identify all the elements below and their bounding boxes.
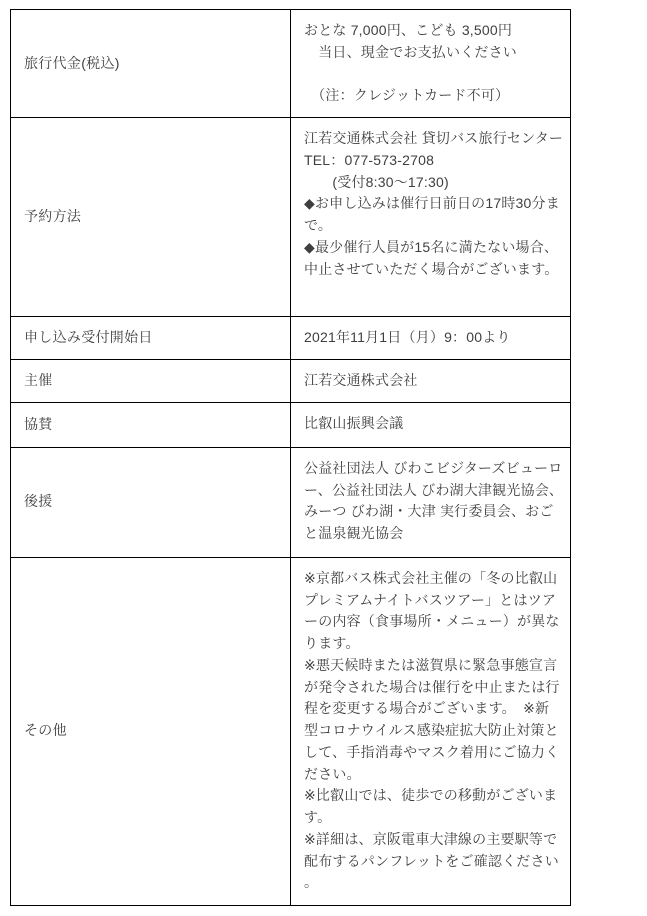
row-value-other: ※京都バス株式会社主催の「冬の比叡山 プレミアムナイトバスツアー」とはツア ーの… <box>291 557 571 905</box>
table-row-other: その他 ※京都バス株式会社主催の「冬の比叡山 プレミアムナイトバスツアー」とはツ… <box>11 557 571 905</box>
row-value-application-start: 2021年11月1日（月）9：00より <box>291 317 571 360</box>
row-value-organizer: 江若交通株式会社 <box>291 359 571 402</box>
row-label-reservation: 予約方法 <box>11 118 291 317</box>
table-row-price: 旅行代金(税込) おとな 7,000円、こども 3,500円 当日、現金でお支払… <box>11 10 571 118</box>
row-label-support: 後援 <box>11 447 291 557</box>
table-row-support: 後援 公益社団法人 びわこビジターズビューロ ー、公益社団法人 びわ湖大津観光協… <box>11 447 571 557</box>
row-label-organizer: 主催 <box>11 359 291 402</box>
table-row-application-start: 申し込み受付開始日 2021年11月1日（月）9：00より <box>11 317 571 360</box>
row-label-other: その他 <box>11 557 291 905</box>
row-label-application-start: 申し込み受付開始日 <box>11 317 291 360</box>
row-value-reservation: 江若交通株式会社 貸切バス旅行センター TEL：077-573-2708 (受付… <box>291 118 571 317</box>
tour-info-table: 旅行代金(税込) おとな 7,000円、こども 3,500円 当日、現金でお支払… <box>10 9 571 906</box>
row-value-support: 公益社団法人 びわこビジターズビューロ ー、公益社団法人 びわ湖大津観光協会、 … <box>291 447 571 557</box>
row-value-price: おとな 7,000円、こども 3,500円 当日、現金でお支払いください （注：… <box>291 10 571 118</box>
table-row-organizer: 主催 江若交通株式会社 <box>11 359 571 402</box>
row-label-sponsor: 協賛 <box>11 402 291 447</box>
table-row-reservation: 予約方法 江若交通株式会社 貸切バス旅行センター TEL：077-573-270… <box>11 118 571 317</box>
row-value-sponsor: 比叡山振興会議 <box>291 402 571 447</box>
table-row-sponsor: 協賛 比叡山振興会議 <box>11 402 571 447</box>
row-label-price: 旅行代金(税込) <box>11 10 291 118</box>
